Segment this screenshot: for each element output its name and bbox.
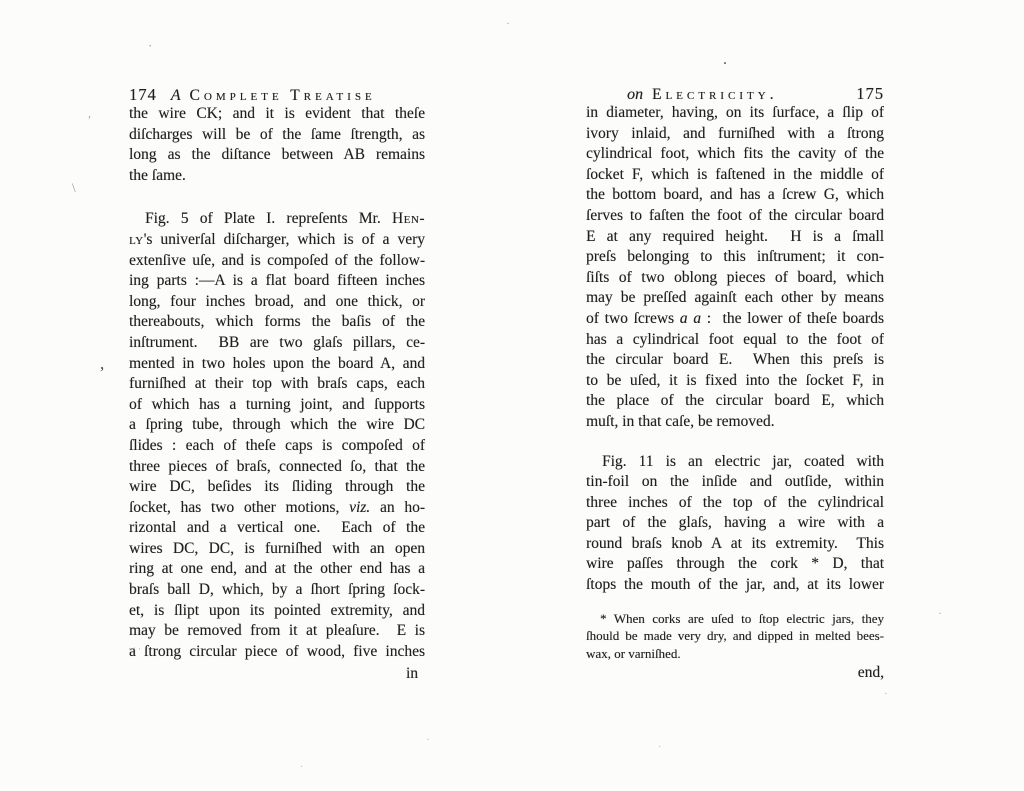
paragraph: the wire CK; and it is evident that theſ… <box>129 104 425 186</box>
right-catchword: end, <box>586 663 884 684</box>
ink-speck: · <box>938 606 942 621</box>
text-line: three pieces of braſs, connected ſo, tha… <box>129 457 425 478</box>
text-line: wax, or varniſhed. <box>586 645 884 663</box>
left-running-title-caps: Complete Treatise <box>190 86 376 105</box>
text-line: ly's univerſal diſcharger, which is of a… <box>129 230 425 251</box>
text-line: ſlides : each of theſe caps is compoſed … <box>129 436 425 457</box>
text-line: of which has a turning joint, and ſuppor… <box>129 395 425 416</box>
right-page: on Electricity. 175 in diameter, having,… <box>586 84 884 684</box>
ink-speck: , <box>100 354 104 374</box>
ink-speck: · <box>300 762 303 773</box>
text-line: wires DC, DC, is furniſhed with an open <box>129 539 425 560</box>
text-line: extenſive uſe, and is compoſed of the fo… <box>129 251 425 272</box>
text-line: in diameter, having, on its ſurface, a ſ… <box>586 103 884 124</box>
text-line: preſs belonging to this inſtrument; it c… <box>586 247 884 268</box>
text-line: muſt, in that caſe, be removed. <box>586 412 884 433</box>
text-line: the place of the circular board E, which <box>586 391 884 412</box>
text-line: of two ſcrews a a : the lower of theſe b… <box>586 309 884 330</box>
text-line: E at any required height. H is a ſmall <box>586 227 884 248</box>
right-page-number: 175 <box>856 84 884 103</box>
ink-speck: · <box>658 742 661 753</box>
text-line: inſtrument. BB are two glaſs pillars, ce… <box>129 333 425 354</box>
text-line: part of the glaſs, having a wire with a <box>586 513 884 534</box>
text-line: long, four inches broad, and one thick, … <box>129 292 425 313</box>
ink-speck: · <box>426 734 430 746</box>
text-line: furniſhed at their top with braſs caps, … <box>129 374 425 395</box>
right-page-footnote: * When corks are uſed to ſtop electric j… <box>586 610 884 663</box>
text-line: may be preſſed againſt each other by mea… <box>586 288 884 309</box>
text-line: ring at one end, and at the other end ha… <box>129 559 425 580</box>
small-caps-text: ly <box>129 231 144 248</box>
text: Fig. 5 of Plate I. repreſents Mr. <box>145 210 392 227</box>
text-line: braſs ball D, which, by a ſhort ſpring ſ… <box>129 580 425 601</box>
text-line: rizontal and a vertical one. Each of the <box>129 518 425 539</box>
text-line: wire DC, beſides its ſliding through the <box>129 477 425 498</box>
text: : the lower of theſe boards <box>701 310 884 327</box>
book-scan-spread: 174 A Complete Treatise the wire CK; and… <box>0 0 1024 791</box>
text-line: ſtops the mouth of the jar, and, at its … <box>586 575 884 596</box>
text-line: ing parts :—A is a flat board fifteen in… <box>129 271 425 292</box>
paragraph: * When corks are uſed to ſtop electric j… <box>586 610 884 663</box>
paragraph: Fig. 11 is an electric jar, coated witht… <box>586 452 884 596</box>
paragraph: in diameter, having, on its ſurface, a ſ… <box>586 103 884 433</box>
text: 's univerſal diſcharger, which is of a v… <box>144 231 425 248</box>
text-line: round braſs knob A at its extremity. Thi… <box>586 534 884 555</box>
text-line: the circular board E. When this preſs is <box>586 350 884 371</box>
italic-text: a a <box>680 310 701 327</box>
text-line: three inches of the top of the cylindric… <box>586 493 884 514</box>
text-line: mented in two holes upon the board A, an… <box>129 354 425 375</box>
ink-speck: , <box>88 106 91 121</box>
text: of two ſcrews <box>586 310 680 327</box>
text-line: thereabouts, which forms the baſis of th… <box>129 312 425 333</box>
text-line: the ſame. <box>129 166 425 187</box>
text-line: long as the diſtance between AB remains <box>129 145 425 166</box>
text-line: has a cylindrical foot equal to the foot… <box>586 330 884 351</box>
right-page-text: in diameter, having, on its ſurface, a ſ… <box>586 103 884 596</box>
left-catchword: in <box>129 664 425 685</box>
text-line: Fig. 11 is an electric jar, coated with <box>586 452 884 473</box>
left-running-title-italic: A <box>171 86 181 105</box>
text-line: ſocket F, which is faſtened in the middl… <box>586 165 884 186</box>
left-running-head: 174 A Complete Treatise <box>129 85 425 104</box>
text: an ho- <box>370 499 425 516</box>
text-line: ivory inlaid, and furniſhed with a ſtron… <box>586 124 884 145</box>
text-line: wire paſſes through the cork * D, that <box>586 554 884 575</box>
left-page: 174 A Complete Treatise the wire CK; and… <box>129 85 425 685</box>
right-running-head: on Electricity. 175 <box>586 84 884 103</box>
text-line: * When corks are uſed to ſtop electric j… <box>586 610 884 628</box>
text: ſocket, has two other motions, <box>129 499 349 516</box>
ink-speck: \ <box>72 180 76 196</box>
text-line: ſhould be made very dry, and dipped in m… <box>586 627 884 645</box>
text-line: et, is ſlipt upon its pointed extremity,… <box>129 601 425 622</box>
text-line: may be removed from it at pleaſure. E is <box>129 621 425 642</box>
left-page-text: the wire CK; and it is evident that theſ… <box>129 104 425 662</box>
text-line: ſerves to faſten the foot of the circula… <box>586 206 884 227</box>
ink-speck: · <box>148 38 152 54</box>
right-running-title-caps: Electricity. <box>652 85 778 104</box>
right-running-title: on Electricity. <box>627 85 778 104</box>
text-line: cylindrical foot, which fits the cavity … <box>586 144 884 165</box>
text-line: a ſtrong circular piece of wood, five in… <box>129 642 425 663</box>
ink-speck: · <box>884 688 888 700</box>
text-line: to be uſed, it is fixed into the ſocket … <box>586 371 884 392</box>
text-line: the wire CK; and it is evident that theſ… <box>129 104 425 125</box>
left-page-number: 174 <box>129 85 157 104</box>
ink-speck: · <box>506 16 510 31</box>
text-line: ſocket, has two other motions, viz. an h… <box>129 498 425 519</box>
text-line: the bottom board, and has a ſcrew G, whi… <box>586 185 884 206</box>
ink-speck: ˙ <box>722 58 728 79</box>
right-running-title-italic: on <box>627 85 643 104</box>
text-line: ſiſts of two oblong pieces of board, whi… <box>586 268 884 289</box>
left-running-title: A Complete Treatise <box>171 86 376 105</box>
text-line: tin-foil on the inſide and outſide, with… <box>586 472 884 493</box>
small-caps-text: Hen- <box>392 210 425 227</box>
text-line: Fig. 5 of Plate I. repreſents Mr. Hen- <box>129 209 425 230</box>
italic-text: viz. <box>349 499 370 516</box>
text-line: diſcharges will be of the ſame ſtrength,… <box>129 125 425 146</box>
text-line: a ſpring tube, through which the wire DC <box>129 415 425 436</box>
paragraph: Fig. 5 of Plate I. repreſents Mr. Hen-ly… <box>129 209 425 662</box>
